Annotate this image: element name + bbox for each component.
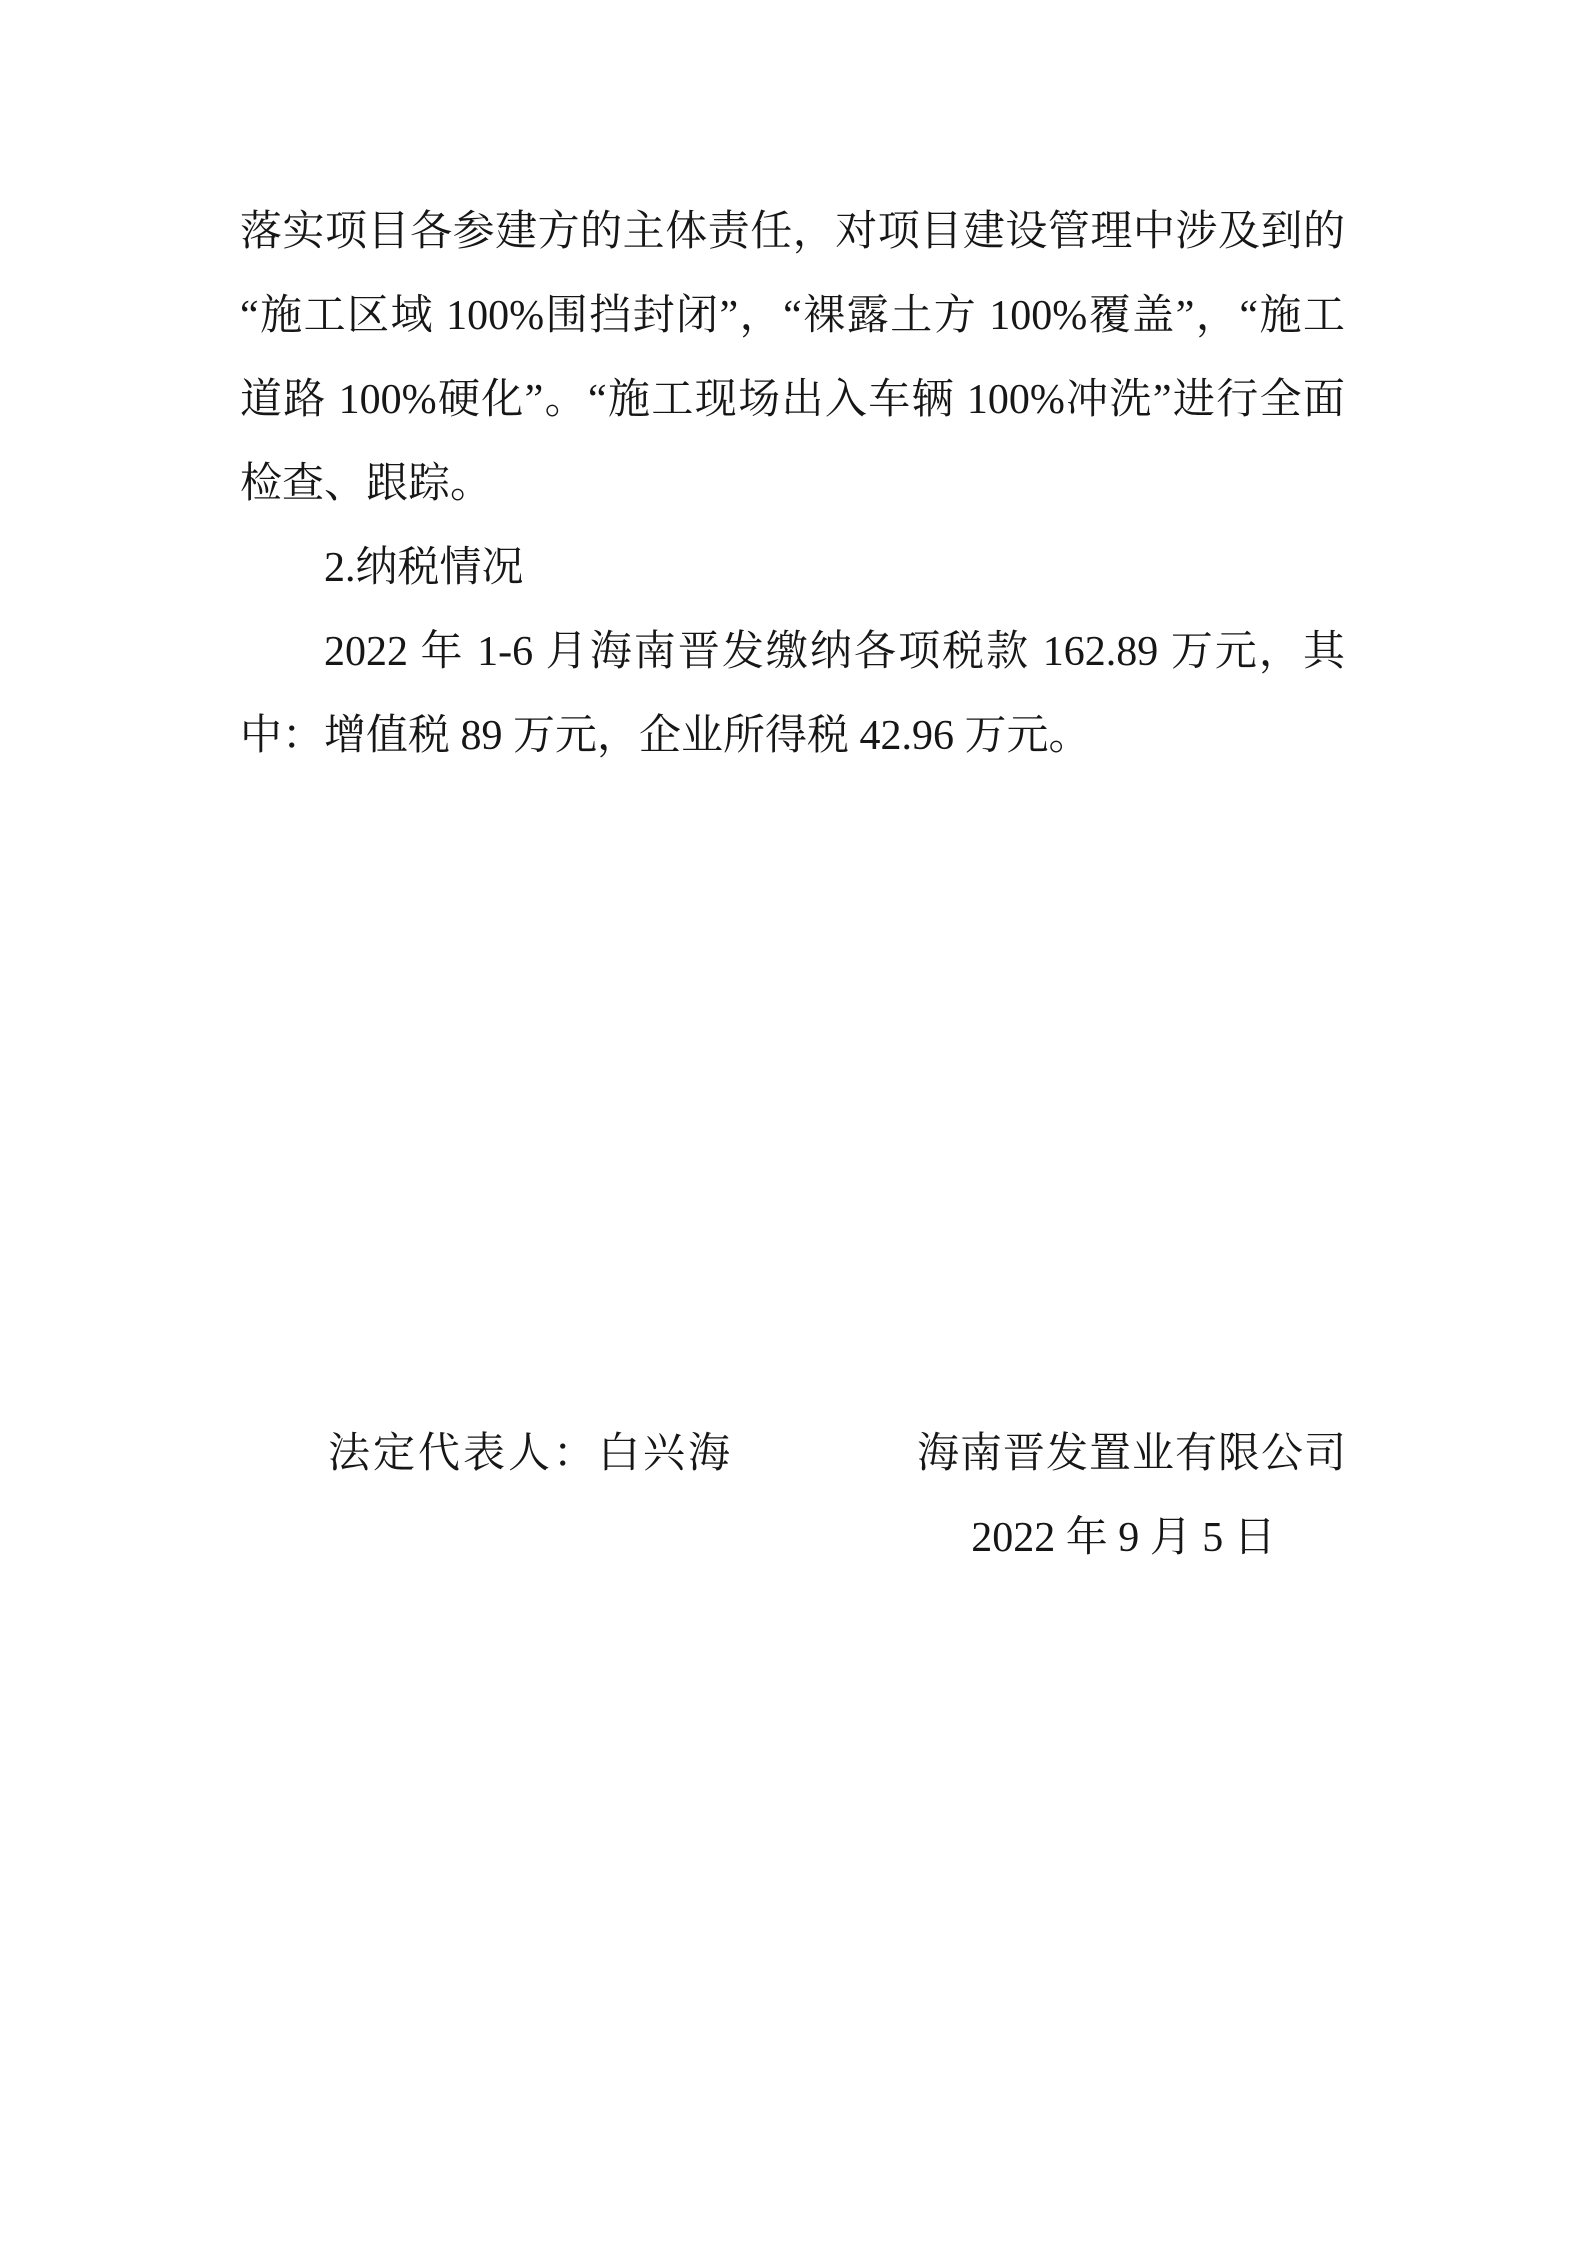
body-text-block: 落实项目各参建方的主体责任，对项目建设管理中涉及到的 “施工区域 100%围挡封… <box>240 190 1345 778</box>
paragraph-line-3: 道路 100%硬化”。“施工现场出入车辆 100%冲洗”进行全面 <box>240 358 1345 442</box>
signature-date: 2022 年 9 月 5 日 <box>900 1508 1347 1568</box>
company-name: 海南晋发置业有限公司 <box>917 1424 1347 1484</box>
signature-block: 法定代表人：白兴海 海南晋发置业有限公司 <box>328 1424 1347 1484</box>
paragraph-line-2: “施工区域 100%围挡封闭”，“裸露土方 100%覆盖”，“施工 <box>240 274 1345 358</box>
paragraph-line-1: 落实项目各参建方的主体责任，对项目建设管理中涉及到的 <box>240 190 1345 274</box>
paragraph-line-4: 检查、跟踪。 <box>240 442 1345 526</box>
document-page: 落实项目各参建方的主体责任，对项目建设管理中涉及到的 “施工区域 100%围挡封… <box>0 0 1587 2245</box>
legal-representative-name: 法定代表人：白兴海 <box>328 1424 733 1484</box>
section-heading-tax: 2.纳税情况 <box>240 526 1345 610</box>
paragraph-line-6: 2022 年 1-6 月海南晋发缴纳各项税款 162.89 万元，其 <box>240 610 1345 694</box>
paragraph-line-7: 中：增值税 89 万元，企业所得税 42.96 万元。 <box>240 694 1345 778</box>
